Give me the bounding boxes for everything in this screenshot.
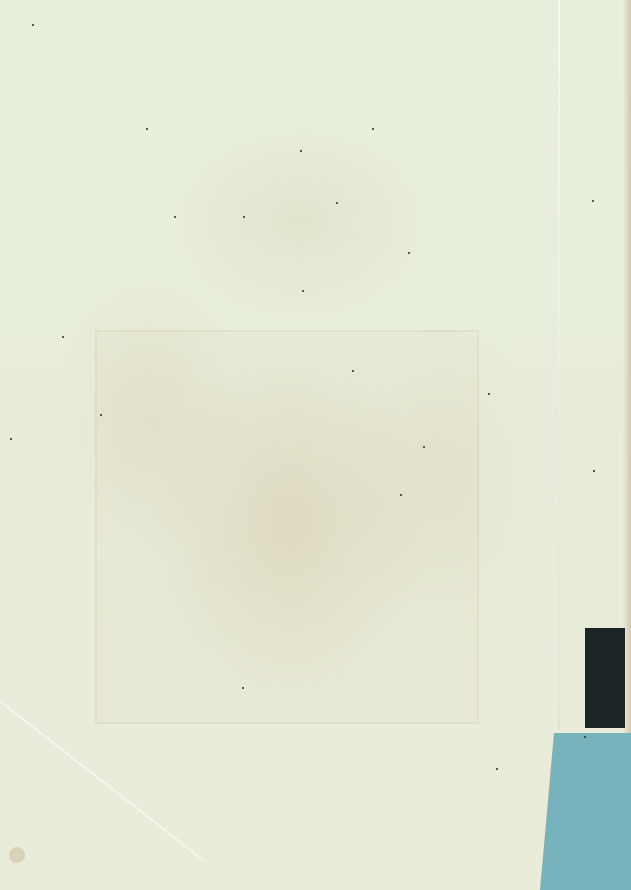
speck [372, 128, 374, 130]
blue-binding-patch [540, 733, 631, 890]
speck [302, 290, 304, 292]
blank-paper-page [0, 0, 631, 890]
speck [593, 470, 595, 472]
speck [336, 202, 338, 204]
speck [300, 150, 302, 152]
speck [243, 216, 245, 218]
speck [352, 370, 354, 372]
speck [584, 736, 586, 738]
stain-spot [9, 847, 25, 863]
speck [32, 24, 34, 26]
speck [592, 200, 594, 202]
speck [242, 687, 244, 689]
speck [174, 216, 176, 218]
corner-crease [0, 700, 205, 862]
discoloration-area [95, 330, 479, 724]
dark-binding-patch [585, 628, 625, 728]
speck [146, 128, 148, 130]
fold-line [558, 0, 560, 730]
speck [100, 414, 102, 416]
speck [408, 252, 410, 254]
speck [400, 494, 402, 496]
speck [62, 336, 64, 338]
speck [488, 393, 490, 395]
speck [423, 446, 425, 448]
speck [10, 438, 12, 440]
speck [496, 768, 498, 770]
